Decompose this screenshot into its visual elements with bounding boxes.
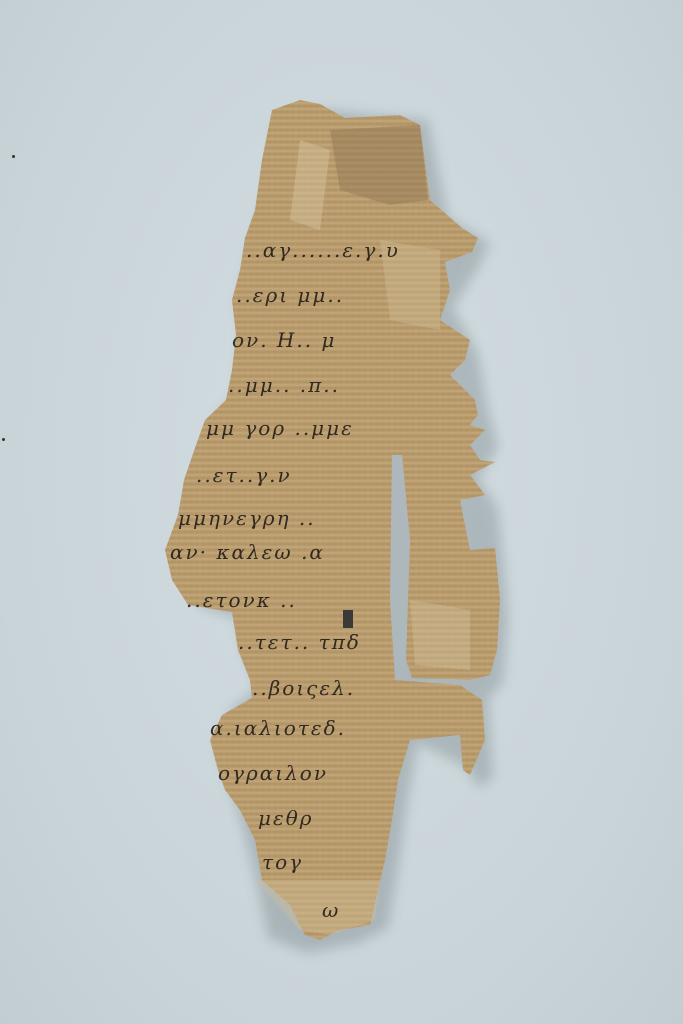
papyrus-fragment [0,0,683,1024]
text-line: ..ετ..γ.ν [196,463,292,487]
text-line: ογραιλον [218,761,328,785]
text-line: ω [322,898,340,922]
text-line: ..τετ.. τπδ [238,630,361,654]
text-line: αν· καλεω .α [170,540,325,564]
text-line: τογ [262,850,303,874]
text-line: ..μμ.. .π.. [228,373,340,397]
text-line: ..αγ......ε.γ.υ [246,238,400,262]
text-line: μμηνεγρη .. [178,506,316,530]
dust-speck [12,155,15,158]
text-line: ον. Η.. μ [232,328,336,352]
text-line: μμ γορ ..μμε [206,416,354,440]
text-line: μεθρ [258,806,314,830]
text-line: ..ετονκ .. [186,588,297,612]
text-line: α.ιαλιοτεδ. [210,716,346,740]
text-line: ..ερι μμ.. [236,283,344,307]
text-line: ..βοιςελ. [252,676,355,700]
dust-speck [2,438,5,441]
